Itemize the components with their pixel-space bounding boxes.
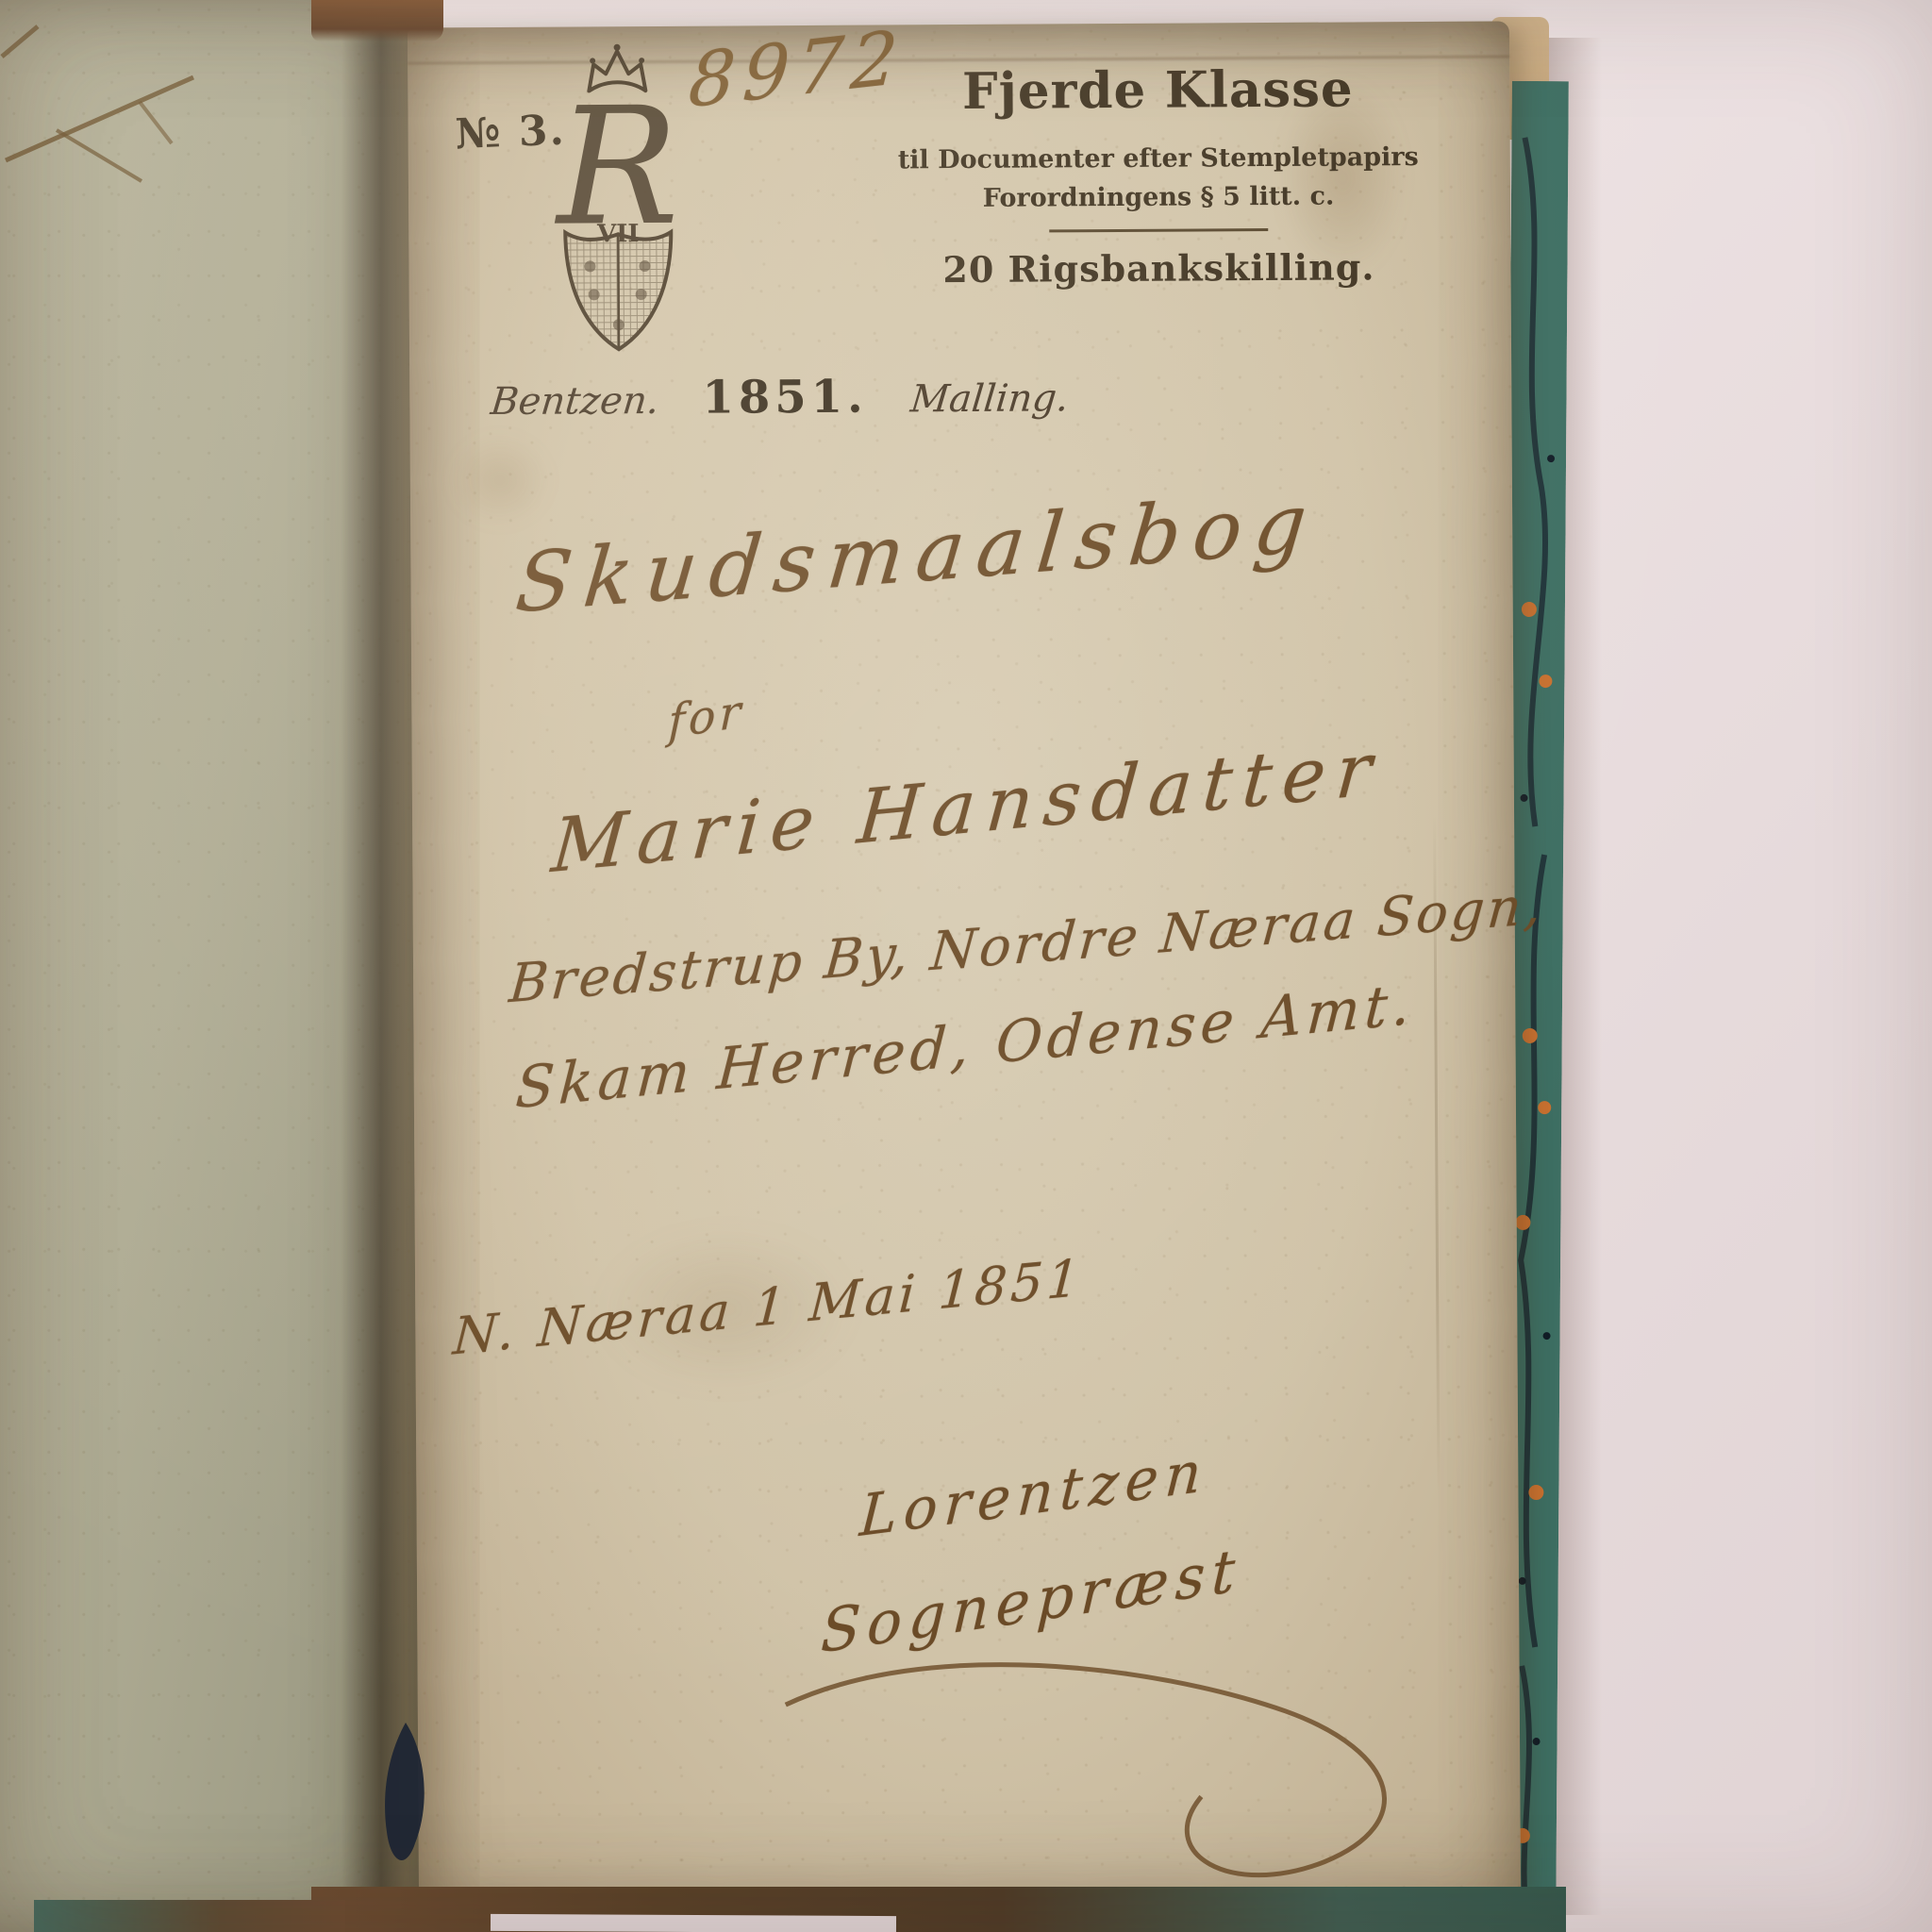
spine-top-edge bbox=[311, 0, 443, 42]
table-surface-sliver bbox=[491, 1914, 896, 1932]
stamp-subtitle-line2: Forordningens § 5 litt. c. bbox=[885, 181, 1432, 214]
photo-of-open-book: № 3. R VII bbox=[0, 0, 1932, 1932]
royal-crest-icon: R VII bbox=[526, 42, 709, 358]
signature-flourish-icon bbox=[757, 1625, 1475, 1913]
binding-thread bbox=[374, 1715, 443, 1885]
handwritten-preposition: for bbox=[668, 685, 745, 750]
stamp-subtitle-line1: til Documenter efter Stempletpapirs bbox=[885, 142, 1432, 175]
coat-of-arms-shield bbox=[565, 232, 672, 350]
book-page: № 3. R VII bbox=[408, 21, 1521, 1903]
imprint-printer-left: Bentzen. bbox=[489, 379, 661, 424]
imprint-year: 1851. bbox=[702, 371, 868, 425]
stamp-value: 20 Rigsbankskilling. bbox=[885, 245, 1432, 291]
stamp-text-block: Fjerde Klasse til Documenter efter Stemp… bbox=[884, 59, 1432, 291]
imprint-printer-right: Malling. bbox=[909, 376, 1072, 421]
stamp-divider-rule bbox=[1049, 228, 1268, 232]
imprint-line: Bentzen. 1851. Malling. bbox=[491, 369, 1069, 425]
book-bottom-left-cover-edge bbox=[34, 1900, 345, 1932]
ink-scribbles-icon bbox=[0, 19, 264, 302]
stamp-class-title: Fjerde Klasse bbox=[884, 59, 1431, 122]
paper-stain bbox=[448, 433, 553, 528]
